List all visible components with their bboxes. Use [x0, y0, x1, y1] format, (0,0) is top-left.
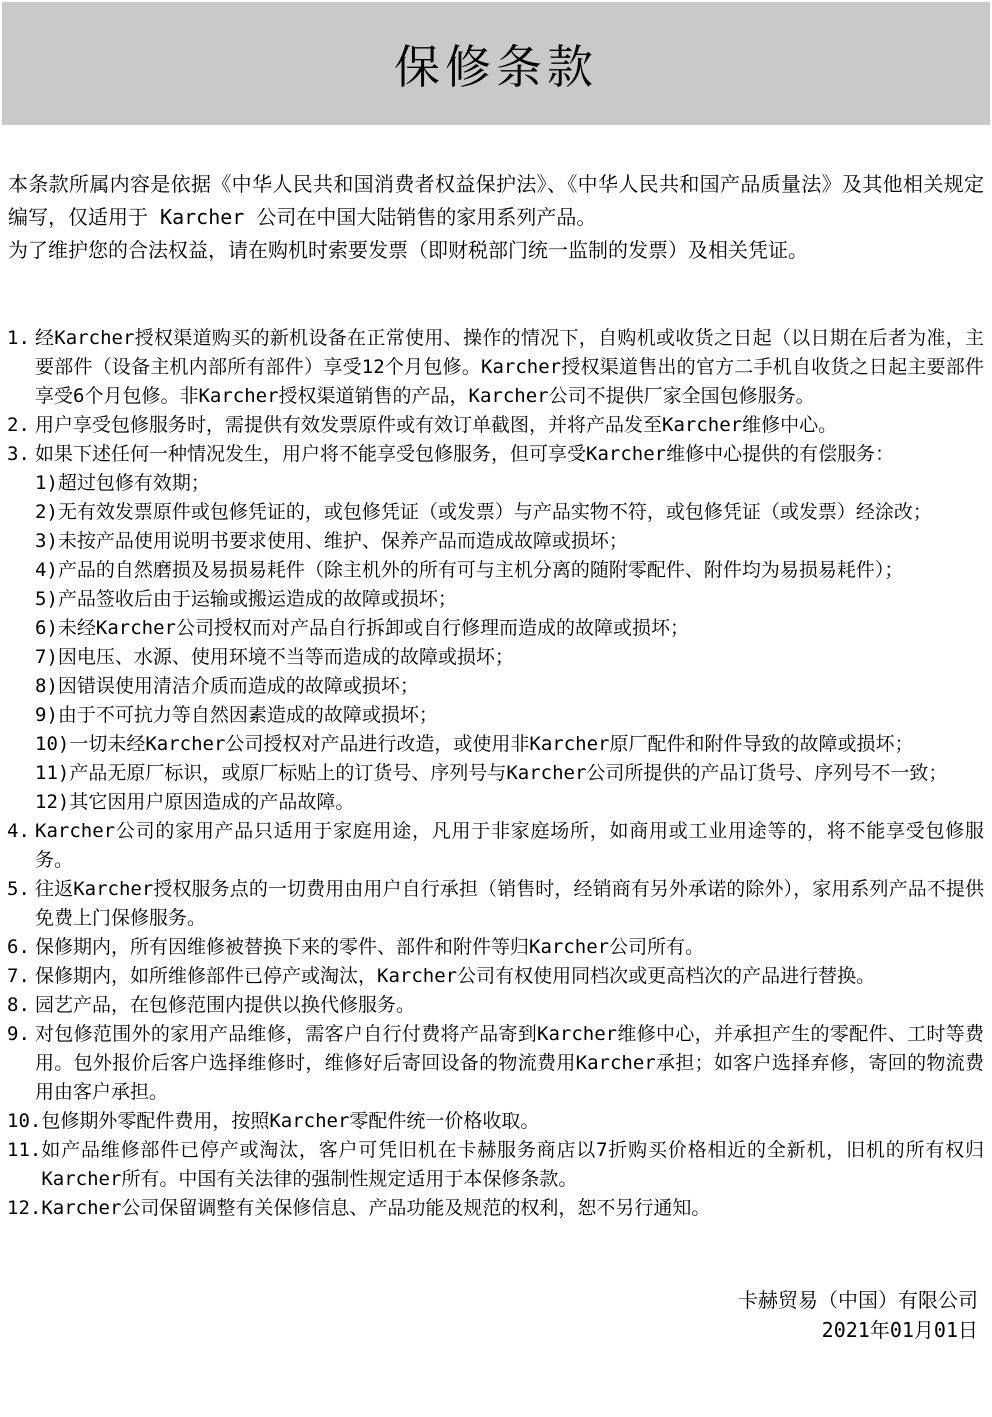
term-subitems: 1)超过包修有效期； 2)无有效发票原件或包修凭证的，或包修凭证（或发票）与产品… — [35, 469, 984, 817]
term-item-12: 12. Karcher公司保留调整有关保修信息、产品功能及规范的权利，恕不另行通… — [0, 1194, 992, 1223]
term-item-7: 7. 保修期内，如所维修部件已停产或淘汰，Karcher公司有权使用同档次或更高… — [0, 962, 992, 991]
term-item-10: 10. 包修期外零配件费用，按照Karcher零配件统一价格收取。 — [0, 1107, 992, 1136]
term-text: 对包修范围外的家用产品维修，需客户自行付费将产品寄到Karcher维修中心，并承… — [35, 1020, 984, 1107]
term-subitem-9: 9)由于不可抗力等自然因素造成的故障或损坏； — [35, 701, 984, 730]
term-number: 11. — [0, 1136, 41, 1165]
term-subitem-1: 1)超过包修有效期； — [35, 469, 984, 498]
term-subitem-5: 5)产品签收后由于运输或搬运造成的故障或损坏； — [35, 585, 984, 614]
term-text: 园艺产品，在包修范围内提供以换代修服务。 — [35, 991, 984, 1020]
term-item-6: 6. 保修期内，所有因维修被替换下来的零件、部件和附件等归Karcher公司所有… — [0, 933, 992, 962]
term-item-4: 4. Karcher公司的家用产品只适用于家庭用途，凡用于非家庭场所，如商用或工… — [0, 817, 992, 875]
term-subitem-3: 3)未按产品使用说明书要求使用、维护、保养产品而造成故障或损坏； — [35, 527, 984, 556]
term-item-8: 8. 园艺产品，在包修范围内提供以换代修服务。 — [0, 991, 992, 1020]
term-number: 2. — [0, 411, 35, 440]
term-item-9: 9. 对包修范围外的家用产品维修，需客户自行付费将产品寄到Karcher维修中心… — [0, 1020, 992, 1107]
term-item-11: 11. 如产品维修部件已停产或淘汰，客户可凭旧机在卡赫服务商店以7折购买价格相近… — [0, 1136, 992, 1194]
term-item-2: 2. 用户享受包修服务时，需提供有效发票原件或有效订单截图，并将产品发至Karc… — [0, 411, 992, 440]
term-text-main: 如果下述任何一种情况发生，用户将不能享受包修服务，但可享受Karcher维修中心… — [35, 440, 984, 469]
term-text: 如果下述任何一种情况发生，用户将不能享受包修服务，但可享受Karcher维修中心… — [35, 440, 984, 817]
term-subitem-12: 12)其它因用户原因造成的产品故障。 — [35, 788, 984, 817]
footer-company: 卡赫贸易（中国）有限公司 — [0, 1285, 978, 1315]
term-item-3: 3. 如果下述任何一种情况发生，用户将不能享受包修服务，但可享受Karcher维… — [0, 440, 992, 817]
term-text: Karcher公司的家用产品只适用于家庭用途，凡用于非家庭场所，如商用或工业用途… — [35, 817, 984, 875]
term-number: 6. — [0, 933, 35, 962]
footer-date: 2021年01月01日 — [0, 1315, 978, 1345]
page-title: 保修条款 — [394, 31, 598, 97]
term-text: 保修期内，所有因维修被替换下来的零件、部件和附件等归Karcher公司所有。 — [35, 933, 984, 962]
term-number: 3. — [0, 440, 35, 469]
intro-paragraph-2: 为了维护您的合法权益，请在购机时索要发票（即财税部门统一监制的发票）及相关凭证。 — [8, 234, 984, 267]
term-number: 5. — [0, 875, 35, 904]
intro-section: 本条款所属内容是依据《中华人民共和国消费者权益保护法》、《中华人民共和国产品质量… — [8, 168, 984, 267]
term-text: 如产品维修部件已停产或淘汰，客户可凭旧机在卡赫服务商店以7折购买价格相近的全新机… — [41, 1136, 984, 1194]
term-text: 用户享受包修服务时，需提供有效发票原件或有效订单截图，并将产品发至Karcher… — [35, 411, 984, 440]
term-subitem-8: 8)因错误使用清洁介质而造成的故障或损坏； — [35, 672, 984, 701]
term-number: 7. — [0, 962, 35, 991]
header-banner: 保修条款 — [2, 2, 990, 125]
term-text: 往返Karcher授权服务点的一切费用由用户自行承担（销售时，经销商有另外承诺的… — [35, 875, 984, 933]
term-subitem-11: 11)产品无原厂标识，或原厂标贴上的订货号、序列号与Karcher公司所提供的产… — [35, 759, 984, 788]
term-item-1: 1. 经Karcher授权渠道购买的新机设备在正常使用、操作的情况下，自购机或收… — [0, 324, 992, 411]
term-subitem-6: 6)未经Karcher公司授权而对产品自行拆卸或自行修理而造成的故障或损坏； — [35, 614, 984, 643]
term-number: 1. — [0, 324, 35, 353]
term-text: 经Karcher授权渠道购买的新机设备在正常使用、操作的情况下，自购机或收货之日… — [35, 324, 984, 411]
term-item-5: 5. 往返Karcher授权服务点的一切费用由用户自行承担（销售时，经销商有另外… — [0, 875, 992, 933]
term-text: Karcher公司保留调整有关保修信息、产品功能及规范的权利，恕不另行通知。 — [41, 1194, 984, 1223]
footer: 卡赫贸易（中国）有限公司 2021年01月01日 — [0, 1285, 978, 1345]
intro-paragraph-1: 本条款所属内容是依据《中华人民共和国消费者权益保护法》、《中华人民共和国产品质量… — [8, 168, 984, 234]
term-text: 包修期外零配件费用，按照Karcher零配件统一价格收取。 — [41, 1107, 984, 1136]
page: 保修条款 本条款所属内容是依据《中华人民共和国消费者权益保护法》、《中华人民共和… — [0, 0, 992, 1417]
term-number: 12. — [0, 1194, 41, 1223]
term-number: 4. — [0, 817, 35, 846]
term-number: 9. — [0, 1020, 35, 1049]
term-subitem-4: 4)产品的自然磨损及易损易耗件（除主机外的所有可与主机分离的随附零配件、附件均为… — [35, 556, 984, 585]
term-number: 8. — [0, 991, 35, 1020]
term-number: 10. — [0, 1107, 41, 1136]
terms-list: 1. 经Karcher授权渠道购买的新机设备在正常使用、操作的情况下，自购机或收… — [0, 324, 992, 1223]
term-subitem-2: 2)无有效发票原件或包修凭证的，或包修凭证（或发票）与产品实物不符，或包修凭证（… — [35, 498, 984, 527]
term-subitem-10: 10)一切未经Karcher公司授权对产品进行改造，或使用非Karcher原厂配… — [35, 730, 984, 759]
term-text: 保修期内，如所维修部件已停产或淘汰，Karcher公司有权使用同档次或更高档次的… — [35, 962, 984, 991]
term-subitem-7: 7)因电压、水源、使用环境不当等而造成的故障或损坏； — [35, 643, 984, 672]
